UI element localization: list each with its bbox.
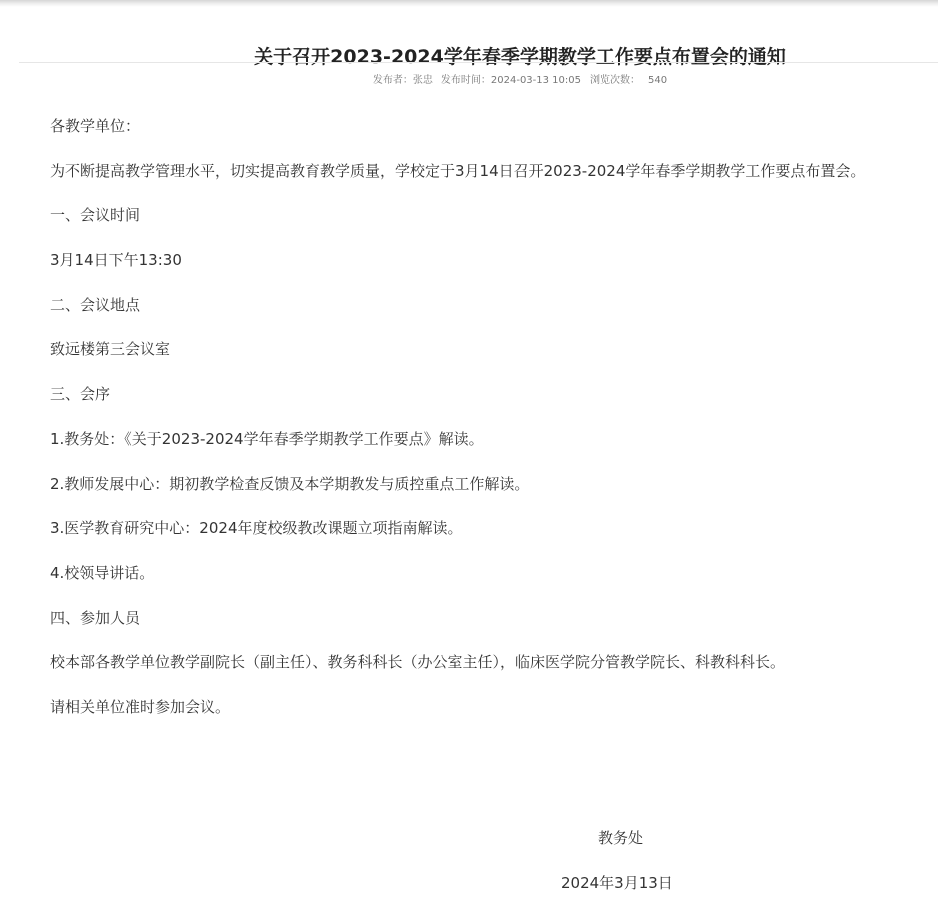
publish-time: 2024-03-13 10:05 [491,75,581,86]
top-shadow [0,0,938,7]
article-title: 关于召开2023-2024学年春季学期教学工作要点布置会的通知 [19,43,938,71]
meeting-location: 致远楼第三会议室 [50,337,930,382]
agenda-item: 2.教师发展中心：期初教学检查反馈及本学期教发与质控重点工作解读。 [50,472,930,517]
attendees-list: 校本部各教学单位教学副院长（副主任）、教务科科长（办公室主任），临床医学院分管教… [50,650,930,695]
section-heading-attendees: 四、参加人员 [50,606,930,651]
article-body: 各教学单位： 为不断提高教学管理水平，切实提高教育教学质量，学校定于3月14日召… [50,114,930,740]
section-heading-location: 二、会议地点 [50,293,930,338]
signature-department: 教务处 [598,826,643,850]
agenda-item: 4.校领导讲话。 [50,561,930,606]
signature-date: 2024年3月13日 [561,871,673,895]
salutation: 各教学单位： [50,114,930,159]
views-label: 浏览次数： [590,75,640,86]
publisher-label: 发布者： [373,75,413,86]
intro-paragraph: 为不断提高教学管理水平，切实提高教育教学质量，学校定于3月14日召开2023-2… [50,159,930,204]
meeting-time: 3月14日下午13:30 [50,248,930,293]
title-divider [19,62,938,63]
section-heading-time: 一、会议时间 [50,203,930,248]
section-heading-agenda: 三、会序 [50,382,930,427]
publish-time-label: 发布时间： [441,75,491,86]
agenda-item: 1.教务处：《关于2023-2024学年春季学期教学工作要点》解读。 [50,427,930,472]
agenda-item: 3.医学教育研究中心：2024年度校级教改课题立项指南解读。 [50,516,930,561]
publisher-name: 张忠 [413,75,433,86]
article-meta: 发布者：张忠发布时间：2024-03-13 10:05浏览次数：540 [19,73,938,89]
closing-note: 请相关单位准时参加会议。 [50,695,930,740]
view-count: 540 [648,75,667,86]
